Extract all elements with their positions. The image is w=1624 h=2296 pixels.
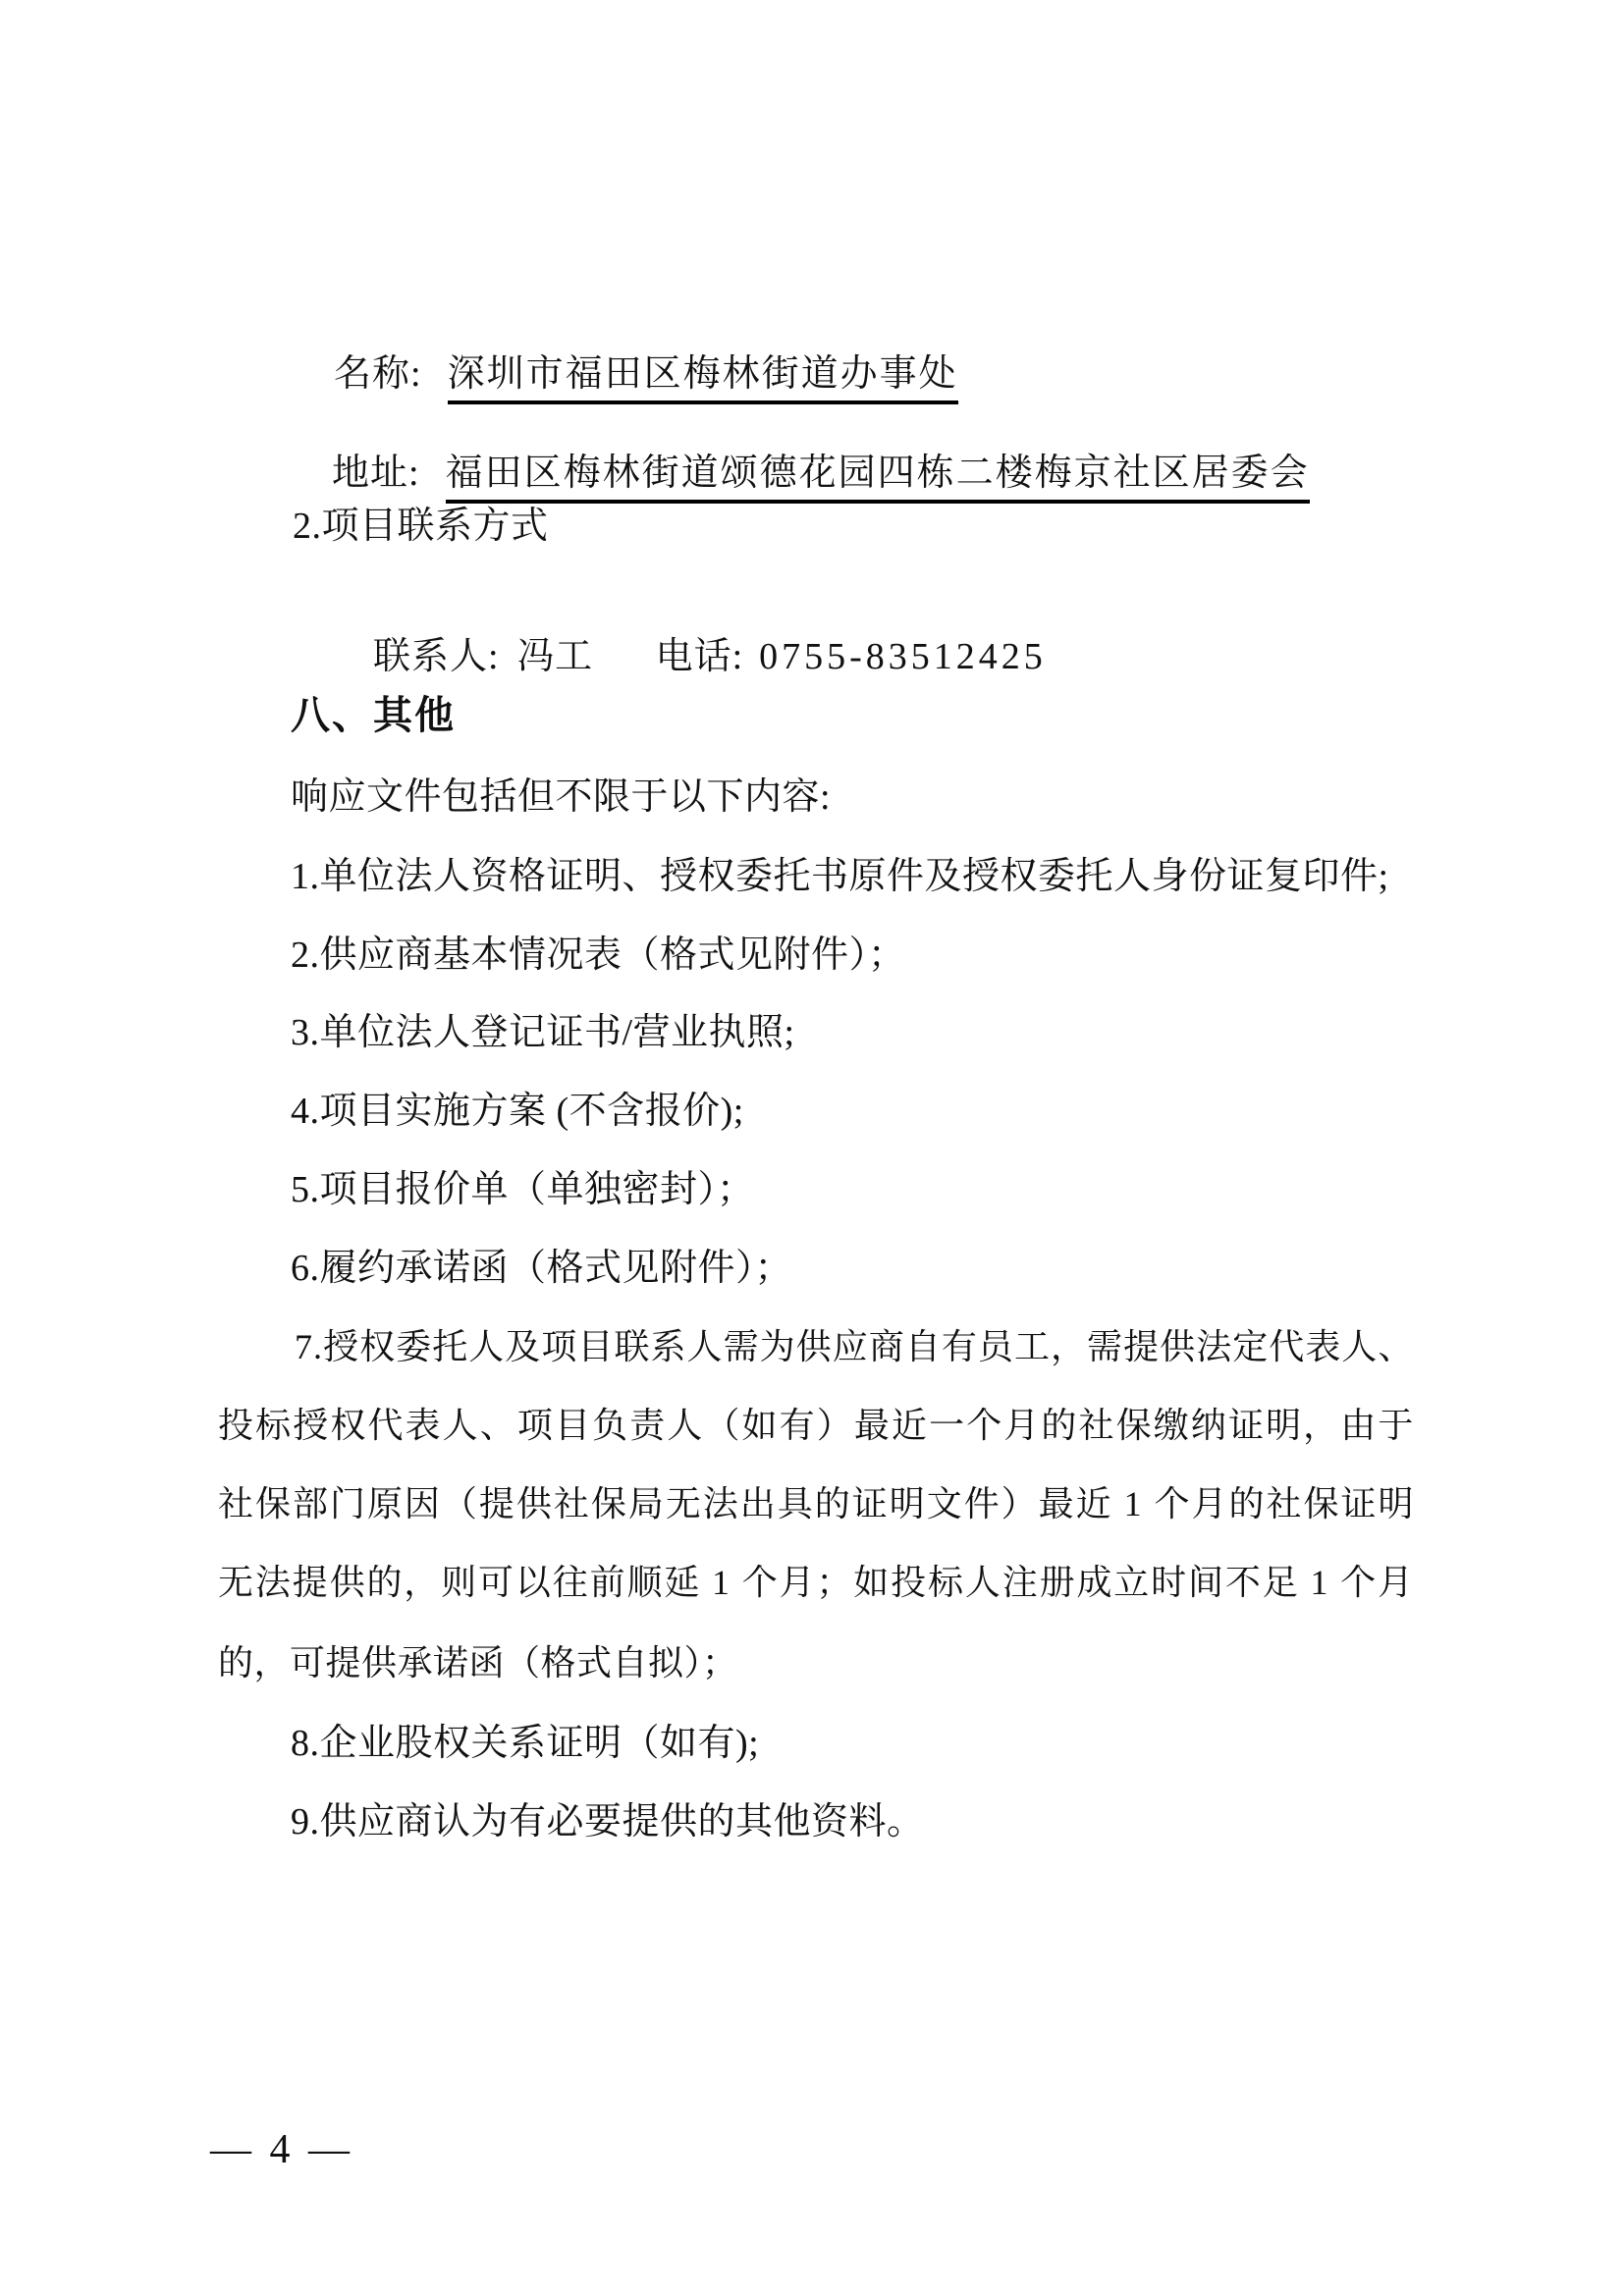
- list-item-7-line-2: 投标授权代表人、项目负责人（如有）最近一个月的社保缴纳证明，由于: [218, 1406, 1414, 1445]
- section-heading-other: 八、其他: [291, 696, 456, 735]
- list-item-4: 4.项目实施方案 (不含报价);: [291, 1092, 744, 1131]
- phone-number: 0755-83512425: [759, 636, 1047, 677]
- list-item-7-line-1: 7.授权委托人及项目联系人需为供应商自有员工，需提供法定代表人、: [295, 1327, 1414, 1366]
- page-number: — 4 —: [210, 2130, 353, 2169]
- list-item-7-line-3: 社保部门原因（提供社保局无法出具的证明文件）最近 1 个月的社保证明: [218, 1484, 1414, 1523]
- list-item-9: 9.供应商认为有必要提供的其他资料。: [291, 1802, 925, 1842]
- contact-section-title: 2.项目联系方式: [293, 507, 549, 546]
- contact-person-name: 冯工: [517, 636, 593, 677]
- list-item-2: 2.供应商基本情况表（格式见附件）；: [291, 935, 906, 975]
- list-item-6: 6.履约承诺函（格式见附件）；: [291, 1249, 792, 1288]
- org-name-value: 深圳市福田区梅林街道办事处: [448, 354, 958, 404]
- list-item-8: 8.企业股权关系证明（如有);: [291, 1724, 759, 1763]
- org-address-value: 福田区梅林街道颂德花园四栋二楼梅京社区居委会: [446, 454, 1310, 504]
- list-item-3: 3.单位法人登记证书/营业执照;: [291, 1013, 795, 1052]
- phone-label: 电话:: [656, 636, 744, 677]
- contact-person-label: 联系人:: [373, 636, 500, 677]
- list-item-1: 1.单位法人资格证明、授权委托书原件及授权委托人身份证复印件;: [291, 857, 1389, 896]
- org-name-label: 名称:: [334, 353, 422, 395]
- list-item-5: 5.项目报价单（单独密封）；: [291, 1170, 755, 1209]
- document-page: 名称:深圳市福田区梅林街道办事处 地址:福田区梅林街道颂德花园四栋二楼梅京社区居…: [0, 0, 1624, 2296]
- org-address-label: 地址:: [332, 453, 420, 494]
- list-item-7-line-5: 的，可提供承诺函（格式自拟）；: [218, 1643, 738, 1682]
- other-intro: 响应文件包括但不限于以下内容:: [291, 777, 831, 817]
- list-item-7-line-4: 无法提供的，则可以往前顺延 1 个月；如投标人注册成立时间不足 1 个月: [218, 1563, 1414, 1602]
